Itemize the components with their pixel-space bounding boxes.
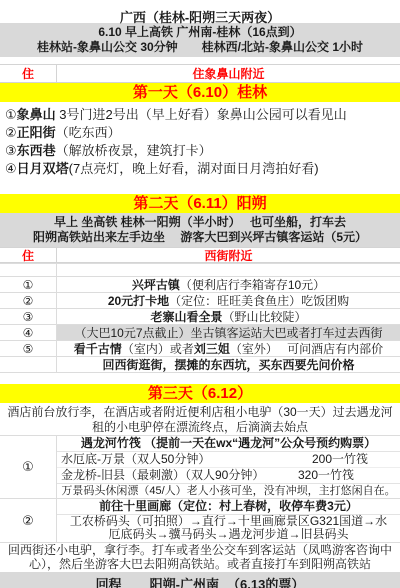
day2-title-band: 第二天（6.11）阳朔 <box>0 194 400 213</box>
spot-desc: 3号门进2号出（早上好看）象鼻山公园可以看见山 <box>56 107 347 122</box>
spot-name: 东西巷 <box>17 143 56 158</box>
list-item: ④日月双塔(7点亮灯，晚上好看，湖对面日月湾拍好看) <box>5 160 395 178</box>
table-row: ② 20元打卡地（定位：旺旺美食鱼庄）吃饭团购 <box>0 293 400 309</box>
intro-line-1: 酒店前台放行李，在酒店或者附近便利店租小电驴（30一天）过去遇龙河 <box>0 405 400 420</box>
option-note: 万景码头休闲漂（45/人）老人小孩可坐，没有冲坝，主打悠闲自在。 <box>57 483 400 498</box>
row-number-cell <box>0 264 57 276</box>
spot-desc: （野山比较陡） <box>223 308 307 325</box>
row-content-cell: 看千古情（室内）或者刘三姐（室外） 可问酒店有内部价 <box>57 341 400 356</box>
transport-line-2: 桂林站-象鼻山公交 30分钟 桂林西/北站-象鼻山公交 1小时 <box>0 40 400 55</box>
row-number-cell: ① <box>0 277 57 292</box>
itinerary-page: 广西（桂林-阳朔三天两夜） 6.10 早上高铁 广州南-桂林（16点到） 桂林站… <box>0 0 400 588</box>
spot-name: 看千古情 <box>74 340 122 357</box>
list-item: ③东西巷（解放桥夜景，建筑打卡） <box>5 142 395 160</box>
item-number: ③ <box>5 143 17 158</box>
row-number-cell: ② <box>0 293 57 308</box>
return-label: 回程 <box>96 574 122 588</box>
transport-line-1: 6.10 早上高铁 广州南-桂林（16点到） <box>0 25 400 40</box>
option-name: 水厄底-万景（双人50分钟） <box>61 452 210 467</box>
spot-name: 刘三姐 <box>194 340 230 357</box>
option-name: 金龙桥-旧县（最刺激）（双人90分钟） <box>61 468 264 483</box>
table-row: ① 兴坪古镇（便利店行李箱寄存10元） <box>0 277 400 293</box>
day3-title-band: 第三天（6.12） <box>0 384 400 403</box>
route-description: 工农桥码头（可拍照）→直行→十里画廊景区G321国道→水厄底码头→骥马码头→遇龙… <box>57 515 400 542</box>
spot-desc: （解放桥夜景，建筑打卡） <box>56 143 212 158</box>
spot-desc: （室内）或者 <box>122 340 194 357</box>
spot-desc: （便利店行李箱寄存10元） <box>180 276 325 293</box>
list-item: ①象鼻山 3号门进2号出（早上好看）象鼻山公园可以看见山 <box>5 106 395 124</box>
row-number-cell: ⑤ <box>0 341 57 356</box>
activity-header: 前往十里画廊（定位：村上春树，收停车费3元） <box>57 499 400 515</box>
row-number-cell: ① <box>0 436 57 498</box>
option-price: 320一竹筏 <box>298 468 354 483</box>
spot-name: 兴坪古镇 <box>132 276 180 293</box>
raft-option: 金龙桥-旧县（最刺激）（双人90分钟） 320一竹筏 <box>57 467 400 483</box>
spot-name: 20元打卡地 <box>108 292 169 309</box>
day2-footer-note: 回西街逛街，摆摊的东西坑，买东西要先问价格 <box>57 357 400 372</box>
stay-value: 住象鼻山附近 <box>57 65 400 82</box>
row-number-cell: ② <box>0 499 57 542</box>
row-number-cell: ③ <box>0 309 57 324</box>
intro-line-2: 租的小电驴停在漂流终点，后滴滴去始点 <box>0 420 400 435</box>
row-content-cell: 兴坪古镇（便利店行李箱寄存10元） <box>57 277 400 292</box>
table-row: ① 遇龙河竹筏 （提前一天在wx“遇龙河”公众号预约购票） 水厄底-万景（双人5… <box>0 436 400 499</box>
spacer <box>0 373 400 384</box>
transport-line-1: 早上 坐高铁 桂林一阳朔（半小时） 也可坐船，打车去 <box>0 215 400 230</box>
item-number: ② <box>5 125 17 140</box>
item-number: ④ <box>5 161 17 176</box>
row-content-cell-highlighted: （大巴10元7点截止）坐古镇客运站大巴或者打车过去西街 <box>57 325 400 340</box>
return-trip-band: 回程 阳朔-广州南 （6.13的票） <box>0 572 400 588</box>
day3-outro: 回西街还小电驴，拿行李。打车或者坐公交车到客运站（凤鸣游客咨询中心），然后坐游客… <box>0 543 400 572</box>
row-content-cell: 遇龙河竹筏 （提前一天在wx“遇龙河”公众号预约购票） 水厄底-万景（双人50分… <box>57 436 400 498</box>
page-title: 广西（桂林-阳朔三天两夜） <box>0 0 400 23</box>
day1-title-band: 第一天（6.10）桂林 <box>0 83 400 102</box>
table-row: ⑤ 看千古情（室内）或者刘三姐（室外） 可问酒店有内部价 <box>0 341 400 357</box>
raft-option: 水厄底-万景（双人50分钟） 200一竹筏 <box>57 452 400 467</box>
day1-list: ①象鼻山 3号门进2号出（早上好看）象鼻山公园可以看见山 ②正阳街（吃东西） ③… <box>0 102 400 180</box>
spot-name: 象鼻山 <box>17 107 56 122</box>
row-content-cell: 前往十里画廊（定位：村上春树，收停车费3元） 工农桥码头（可拍照）→直行→十里画… <box>57 499 400 542</box>
stay-value: 西街附近 <box>57 248 400 262</box>
day3-table: ① 遇龙河竹筏 （提前一天在wx“遇龙河”公众号预约购票） 水厄底-万景（双人5… <box>0 435 400 543</box>
item-number: ① <box>5 107 17 122</box>
table-row: ② 前往十里画廊（定位：村上春树，收停车费3元） 工农桥码头（可拍照）→直行→十… <box>0 499 400 543</box>
table-row: ④ （大巴10元7点截止）坐古镇客运站大巴或者打车过去西街 <box>0 325 400 341</box>
spot-desc: （吃东西） <box>56 125 121 140</box>
row-content-cell <box>57 264 400 276</box>
table-row: ③ 老寨山看全景（野山比较陡） <box>0 309 400 325</box>
stay-label: 住 <box>0 65 57 82</box>
row-number-cell <box>0 357 57 372</box>
row-number-cell: ④ <box>0 325 57 340</box>
spot-name: 老寨山看全景 <box>150 308 222 325</box>
spot-desc: (7点亮灯，晚上好看，湖对面日月湾拍好看) <box>69 161 319 176</box>
activity-header: 遇龙河竹筏 （提前一天在wx“遇龙河”公众号预约购票） <box>57 436 400 452</box>
row-content-cell: 20元打卡地（定位：旺旺美食鱼庄）吃饭团购 <box>57 293 400 308</box>
spacer <box>0 57 400 64</box>
option-price: 200一竹筏 <box>312 452 368 467</box>
return-ticket: （6.13的票） <box>227 574 304 588</box>
day1-stay-row: 住 住象鼻山附近 <box>0 64 400 83</box>
return-route: 阳朔-广州南 <box>150 574 219 588</box>
day2-transport-header: 早上 坐高铁 桂林一阳朔（半小时） 也可坐船，打车去 阳朔高铁站出来左手边坐 游… <box>0 213 400 247</box>
arrival-transport-header: 6.10 早上高铁 广州南-桂林（16点到） 桂林站-象鼻山公交 30分钟 桂林… <box>0 23 400 57</box>
day3-intro: 酒店前台放行李，在酒店或者附近便利店租小电驴（30一天）过去遇龙河 租的小电驴停… <box>0 403 400 435</box>
stay-label: 住 <box>0 248 57 262</box>
spot-desc: （大巴10元7点截止）坐古镇客运站大巴或者打车过去西街 <box>74 324 382 341</box>
spot-desc: （室外） 可问酒店有内部价 <box>230 340 383 357</box>
day2-stay-row: 住 西街附近 <box>0 247 400 263</box>
spot-name: 正阳街 <box>17 125 56 140</box>
row-content-cell: 老寨山看全景（野山比较陡） <box>57 309 400 324</box>
spot-desc: （定位：旺旺美食鱼庄）吃饭团购 <box>169 292 349 309</box>
day2-table: ① 兴坪古镇（便利店行李箱寄存10元） ② 20元打卡地（定位：旺旺美食鱼庄）吃… <box>0 263 400 373</box>
list-item: ②正阳街（吃东西） <box>5 124 395 142</box>
transport-line-2: 阳朔高铁站出来左手边坐 游客大巴到兴坪古镇客运站（5元） <box>0 230 400 245</box>
spot-name: 日月双塔 <box>17 161 69 176</box>
table-row: 回西街逛街，摆摊的东西坑，买东西要先问价格 <box>0 357 400 373</box>
spacer <box>0 180 400 194</box>
